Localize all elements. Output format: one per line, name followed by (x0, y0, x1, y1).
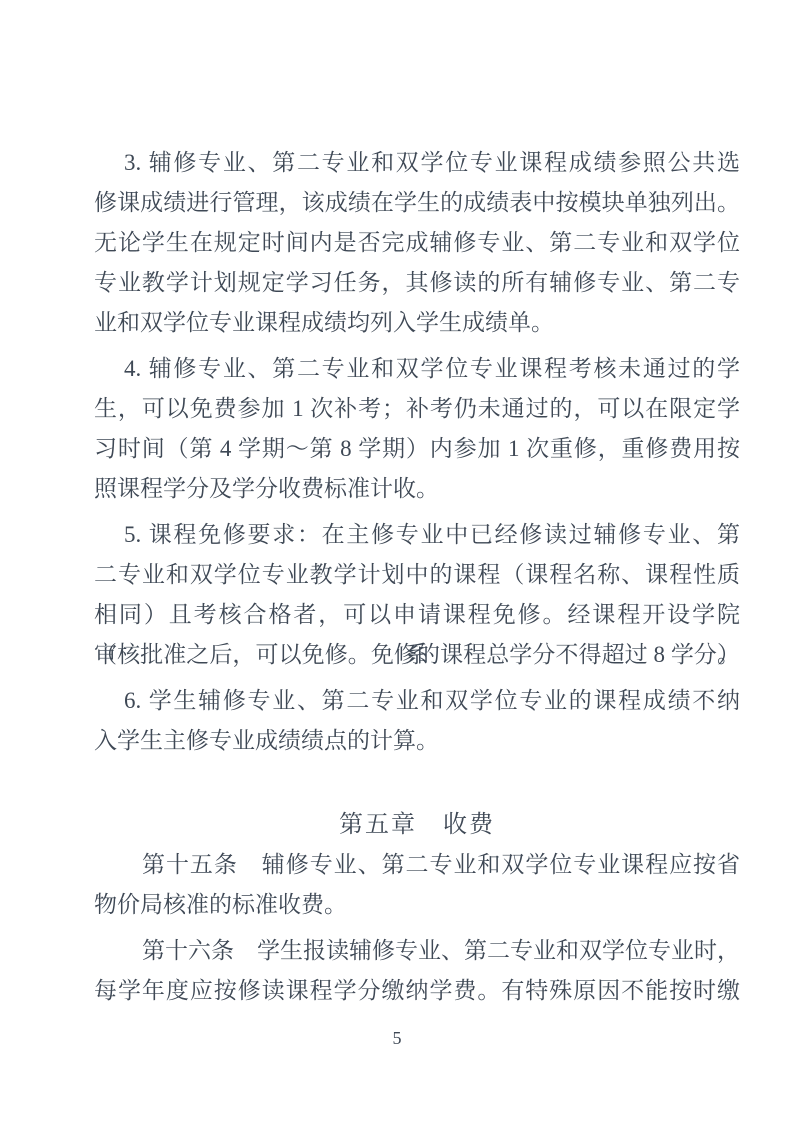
document-body: 3. 辅修专业、第二专业和双学位专业课程成绩参照公共选修课成绩进行管理，该成绩在… (0, 0, 794, 1011)
paragraph-line: 无论学生在规定时间内是否完成辅修专业、第二专业和双学位 (94, 223, 740, 263)
article-15: 第十五条 辅修专业、第二专业和双学位专业课程应按省物价局核准的标准收费。 (94, 845, 740, 925)
paragraph-line: 第十五条 辅修专业、第二专业和双学位专业课程应按省 (94, 845, 740, 885)
paragraph-line: 业和双学位专业课程成绩均列入学生成绩单。 (94, 303, 740, 343)
paragraph-line: 4. 辅修专业、第二专业和双学位专业课程考核未通过的学 (94, 349, 740, 389)
page-footer: 5 (0, 1018, 794, 1058)
paragraph-line: 相同）且考核合格者，可以申请课程免修。经课程开设学院（系） (94, 595, 740, 635)
document-page: 3. 辅修专业、第二专业和双学位专业课程成绩参照公共选修课成绩进行管理，该成绩在… (0, 0, 794, 1123)
article-16: 第十六条 学生报读辅修专业、第二专业和双学位专业时，每学年度应按修读课程学分缴纳… (94, 931, 740, 1011)
paragraph-line: 3. 辅修专业、第二专业和双学位专业课程成绩参照公共选 (94, 143, 740, 183)
paragraph-line: 6. 学生辅修专业、第二专业和双学位专业的课程成绩不纳 (94, 681, 740, 721)
paragraph-line: 每学年度应按修读课程学分缴纳学费。有特殊原因不能按时缴 (94, 971, 740, 1011)
paragraph-line: 生，可以免费参加 1 次补考；补考仍未通过的，可以在限定学 (94, 389, 740, 429)
paragraph-line: 第十六条 学生报读辅修专业、第二专业和双学位专业时， (94, 931, 740, 971)
paragraph-line: 专业教学计划规定学习任务，其修读的所有辅修专业、第二专 (94, 263, 740, 303)
paragraph-line: 修课成绩进行管理，该成绩在学生的成绩表中按模块单独列出。 (94, 183, 740, 223)
paragraph-line: 照课程学分及学分收费标准计收。 (94, 469, 740, 509)
paragraph-line: 入学生主修专业成绩绩点的计算。 (94, 721, 740, 761)
paragraph-line: 审核批准之后，可以免修。免修的课程总学分不得超过 8 学分。 (94, 635, 740, 675)
paragraph-line: 5. 课程免修要求：在主修专业中已经修读过辅修专业、第 (94, 515, 740, 555)
clause-item-4: 4. 辅修专业、第二专业和双学位专业课程考核未通过的学生，可以免费参加 1 次补… (94, 349, 740, 509)
chapter-heading: 第五章 收费 (94, 805, 740, 845)
paragraph-line: 习时间（第 4 学期～第 8 学期）内参加 1 次重修，重修费用按 (94, 429, 740, 469)
clause-item-6: 6. 学生辅修专业、第二专业和双学位专业的课程成绩不纳入学生主修专业成绩绩点的计… (94, 681, 740, 761)
clause-item-3: 3. 辅修专业、第二专业和双学位专业课程成绩参照公共选修课成绩进行管理，该成绩在… (94, 143, 740, 343)
paragraph-line: 二专业和双学位专业教学计划中的课程（课程名称、课程性质 (94, 555, 740, 595)
clause-item-5: 5. 课程免修要求：在主修专业中已经修读过辅修专业、第二专业和双学位专业教学计划… (94, 515, 740, 675)
paragraph-line: 物价局核准的标准收费。 (94, 885, 740, 925)
page-number: 5 (393, 1028, 402, 1048)
